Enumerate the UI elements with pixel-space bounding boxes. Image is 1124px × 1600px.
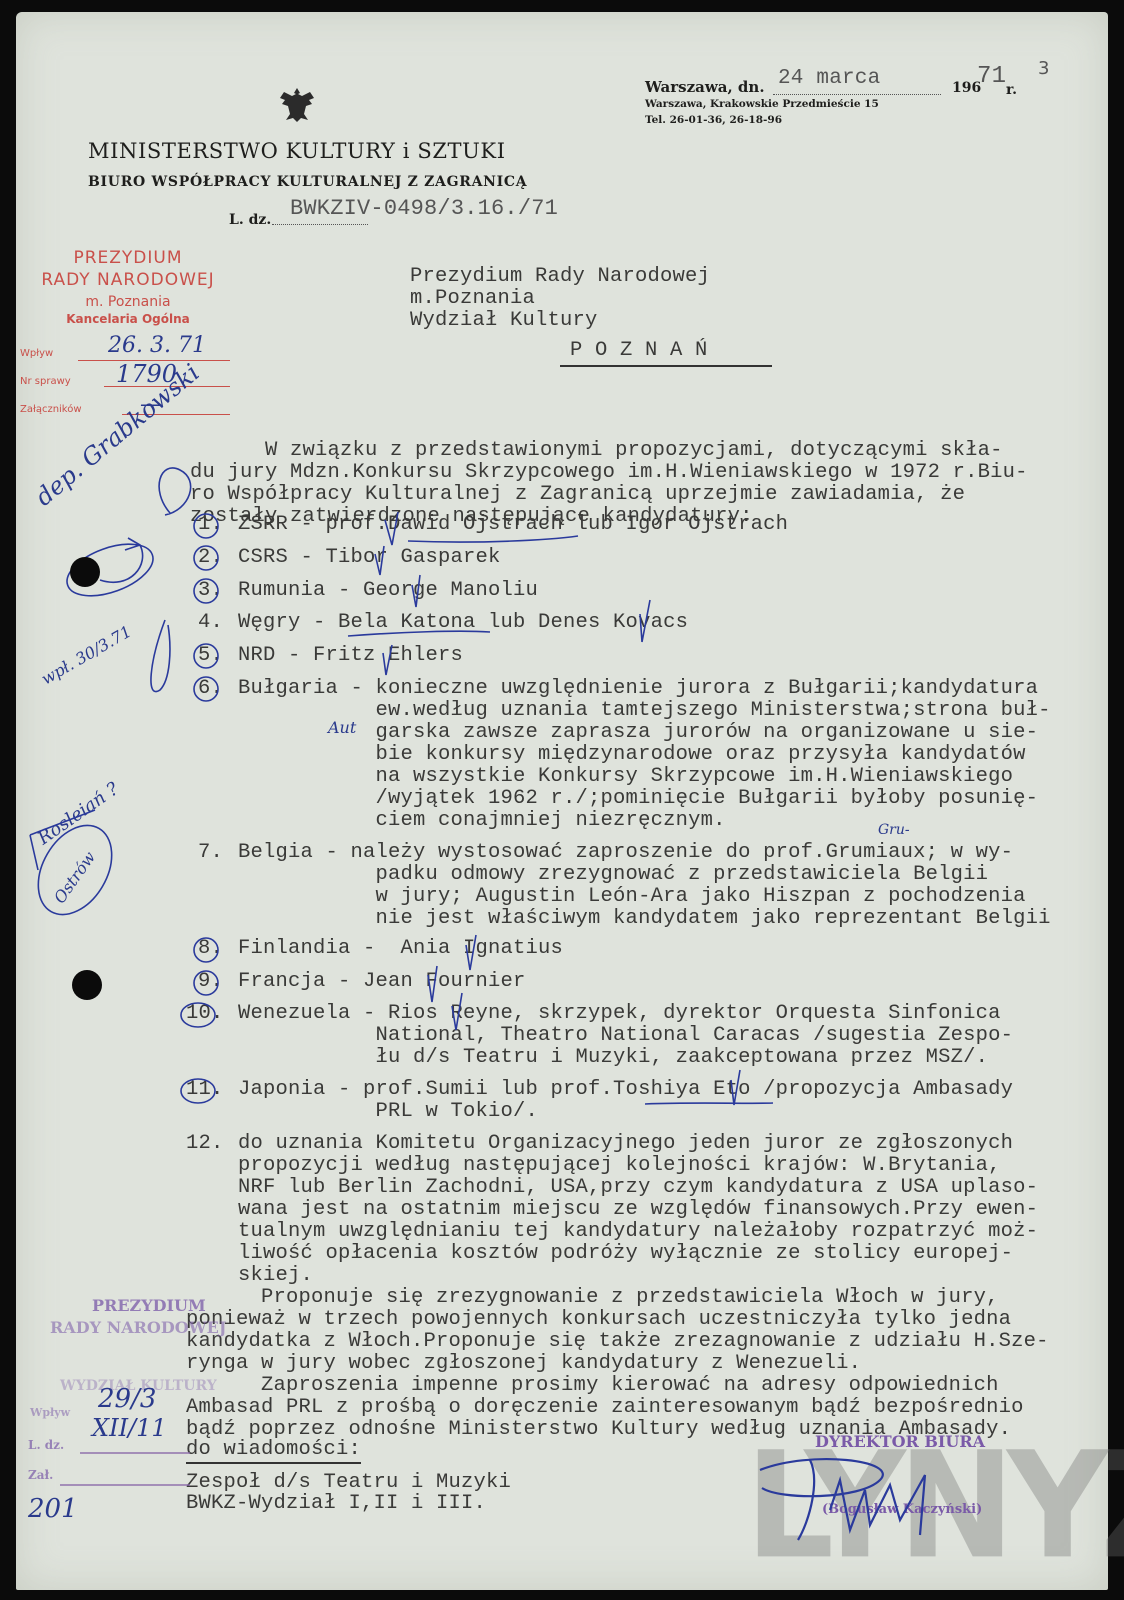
punch-hole-top: [70, 557, 100, 587]
pen-marks-icon: [0, 0, 1124, 1600]
punch-hole-bottom: [72, 970, 102, 1000]
